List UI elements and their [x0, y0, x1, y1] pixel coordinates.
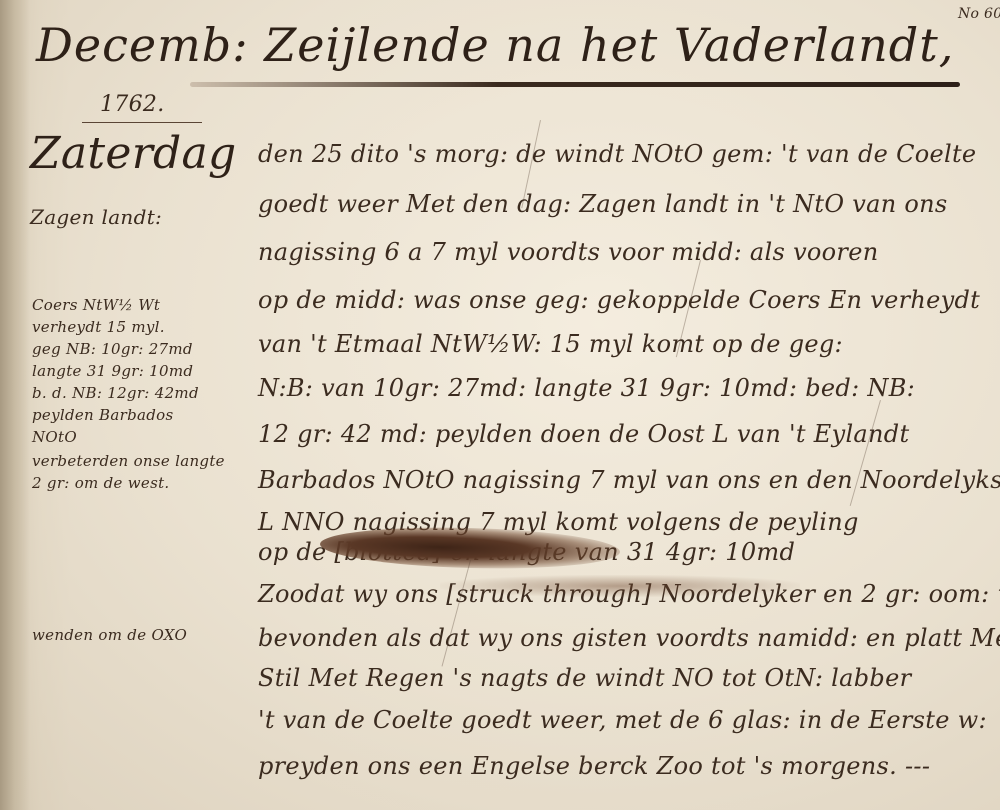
log-line: N:B: van 10gr: 27md: langte 31 9gr: 10md… [258, 374, 915, 402]
log-line: Stil Met Regen 's nagts de windt NO tot … [258, 664, 911, 692]
margin-note: wenden om de OXO [32, 626, 187, 644]
margin-note: verheydt 15 myl. [32, 318, 165, 336]
log-line: bevonden als dat wy ons gisten voordts n… [258, 624, 1000, 652]
log-line: den 25 dito 's morg: de windt NOtO gem: … [258, 140, 976, 168]
margin-note: 2 gr: om de west. [32, 474, 170, 492]
log-line: Barbados NOtO nagissing 7 myl van ons en… [258, 466, 1000, 494]
ink-smudge [440, 575, 800, 597]
margin-note: Coers NtW½ Wt [32, 296, 160, 314]
log-line: L NNO nagissing 7 myl komt volgens de pe… [258, 508, 859, 536]
margin-note: b. d. NB: 12gr: 42md [32, 384, 199, 402]
day-heading: Zaterdag [30, 128, 237, 179]
day-subheading: Zagen landt: [30, 205, 162, 229]
log-line: op de midd: was onse geg: gekoppelde Coe… [258, 286, 980, 314]
log-line: van 't Etmaal NtW½W: 15 myl komt op de g… [258, 330, 843, 358]
year-label: 1762. [100, 92, 164, 117]
log-line: nagissing 6 a 7 myl voordts voor midd: a… [258, 238, 878, 266]
margin-note: peylden Barbados [32, 406, 173, 424]
margin-note: verbeterden onse langte [32, 452, 225, 470]
title-underline [190, 82, 960, 87]
log-line: preyden ons een Engelse berck Zoo tot 's… [258, 752, 930, 780]
log-line: goedt weer Met den dag: Zagen landt in '… [258, 190, 948, 218]
margin-note: NOtO [32, 428, 77, 446]
binding-gutter [0, 0, 30, 810]
log-line: 't van de Coelte goedt weer, met de 6 gl… [258, 706, 987, 734]
page-number: No 60 [958, 6, 1000, 22]
page-title: Decemb: Zeijlende na het Vaderlandt, [36, 18, 954, 72]
margin-note: langte 31 9gr: 10md [32, 362, 193, 380]
margin-note: geg NB: 10gr: 27md [32, 340, 193, 358]
year-underline [82, 122, 202, 123]
log-line: 12 gr: 42 md: peylden doen de Oost L van… [258, 420, 909, 448]
